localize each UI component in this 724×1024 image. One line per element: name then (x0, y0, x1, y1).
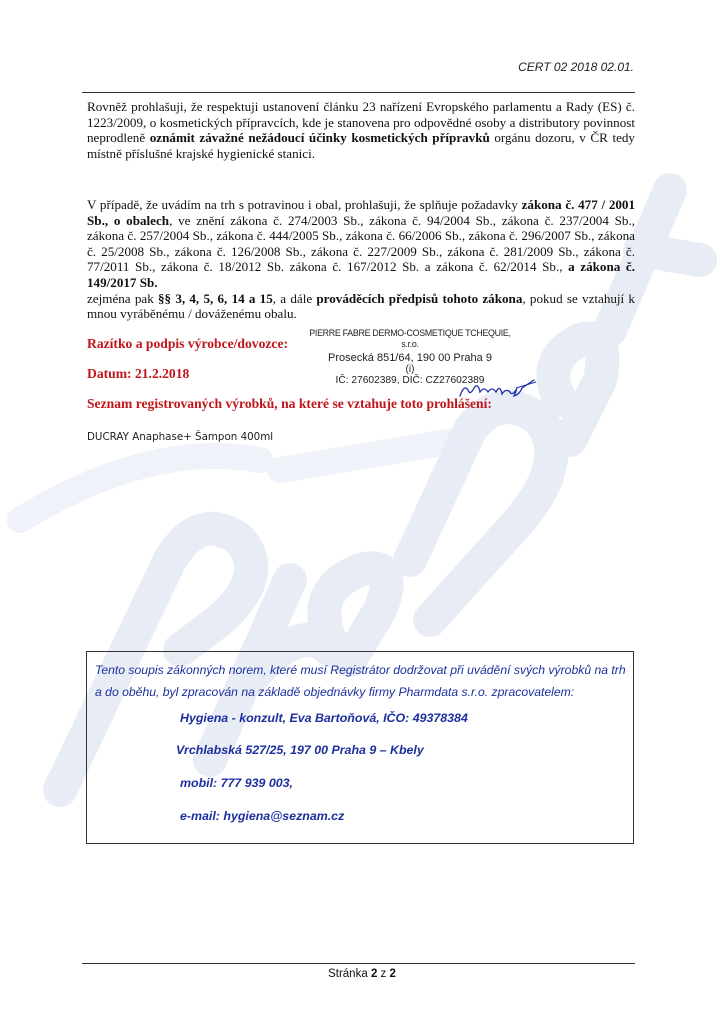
adverse-effects-notice: oznámit závažné nežádoucí účinky kosmeti… (150, 130, 490, 145)
stamp-signature-label: Razítko a podpis výrobce/dovozce: (87, 336, 288, 352)
processor-name: Hygiena - konzult, Eva Bartoňová, IČO: 4… (180, 711, 468, 725)
stamp-company-name: PIERRE FABRE DERMO-COSMETIQUE TCHEQUIE, … (300, 328, 521, 350)
stamp-address: Prosecká 851/64, 190 00 Praha 9 (290, 352, 530, 364)
processor-email: e-mail: hygiena@seznam.cz (180, 809, 344, 823)
date-label: Datum: 21.2.2018 (87, 366, 189, 382)
document-reference: CERT 02 2018 02.01. (518, 60, 634, 74)
processor-address: Vrchlabská 527/25, 197 00 Praha 9 – Kbel… (176, 743, 424, 757)
handwritten-signature-icon (456, 376, 536, 404)
document-page: CERT 02 2018 02.01. Rovněž prohlašuji, ž… (0, 0, 724, 1024)
page-number: Stránka 2 z 2 (0, 968, 724, 980)
product-list-heading: Seznam registrovaných výrobků, na které … (87, 396, 492, 412)
cosmetics-regulation-paragraph: Rovněž prohlašuji, že respektuji ustanov… (87, 99, 635, 161)
implementing-regulations: prováděcích předpisů tohoto zákona (316, 291, 522, 306)
processor-mobile: mobil: 777 939 003, (180, 776, 293, 790)
packaging-law-paragraph: V případě, že uvádím na trh s potravinou… (87, 197, 635, 322)
product-list-item: DUCRAY Anaphase+ Šampon 400ml (87, 431, 273, 443)
sections-reference: §§ 3, 4, 5, 6, 14 a 15 (158, 291, 273, 306)
processor-notice-intro: Tento soupis zákonných norem, které musí… (95, 659, 635, 703)
header-divider (82, 92, 635, 93)
stamp-mark-icon: (i) (290, 364, 530, 375)
footer-divider (82, 963, 635, 964)
